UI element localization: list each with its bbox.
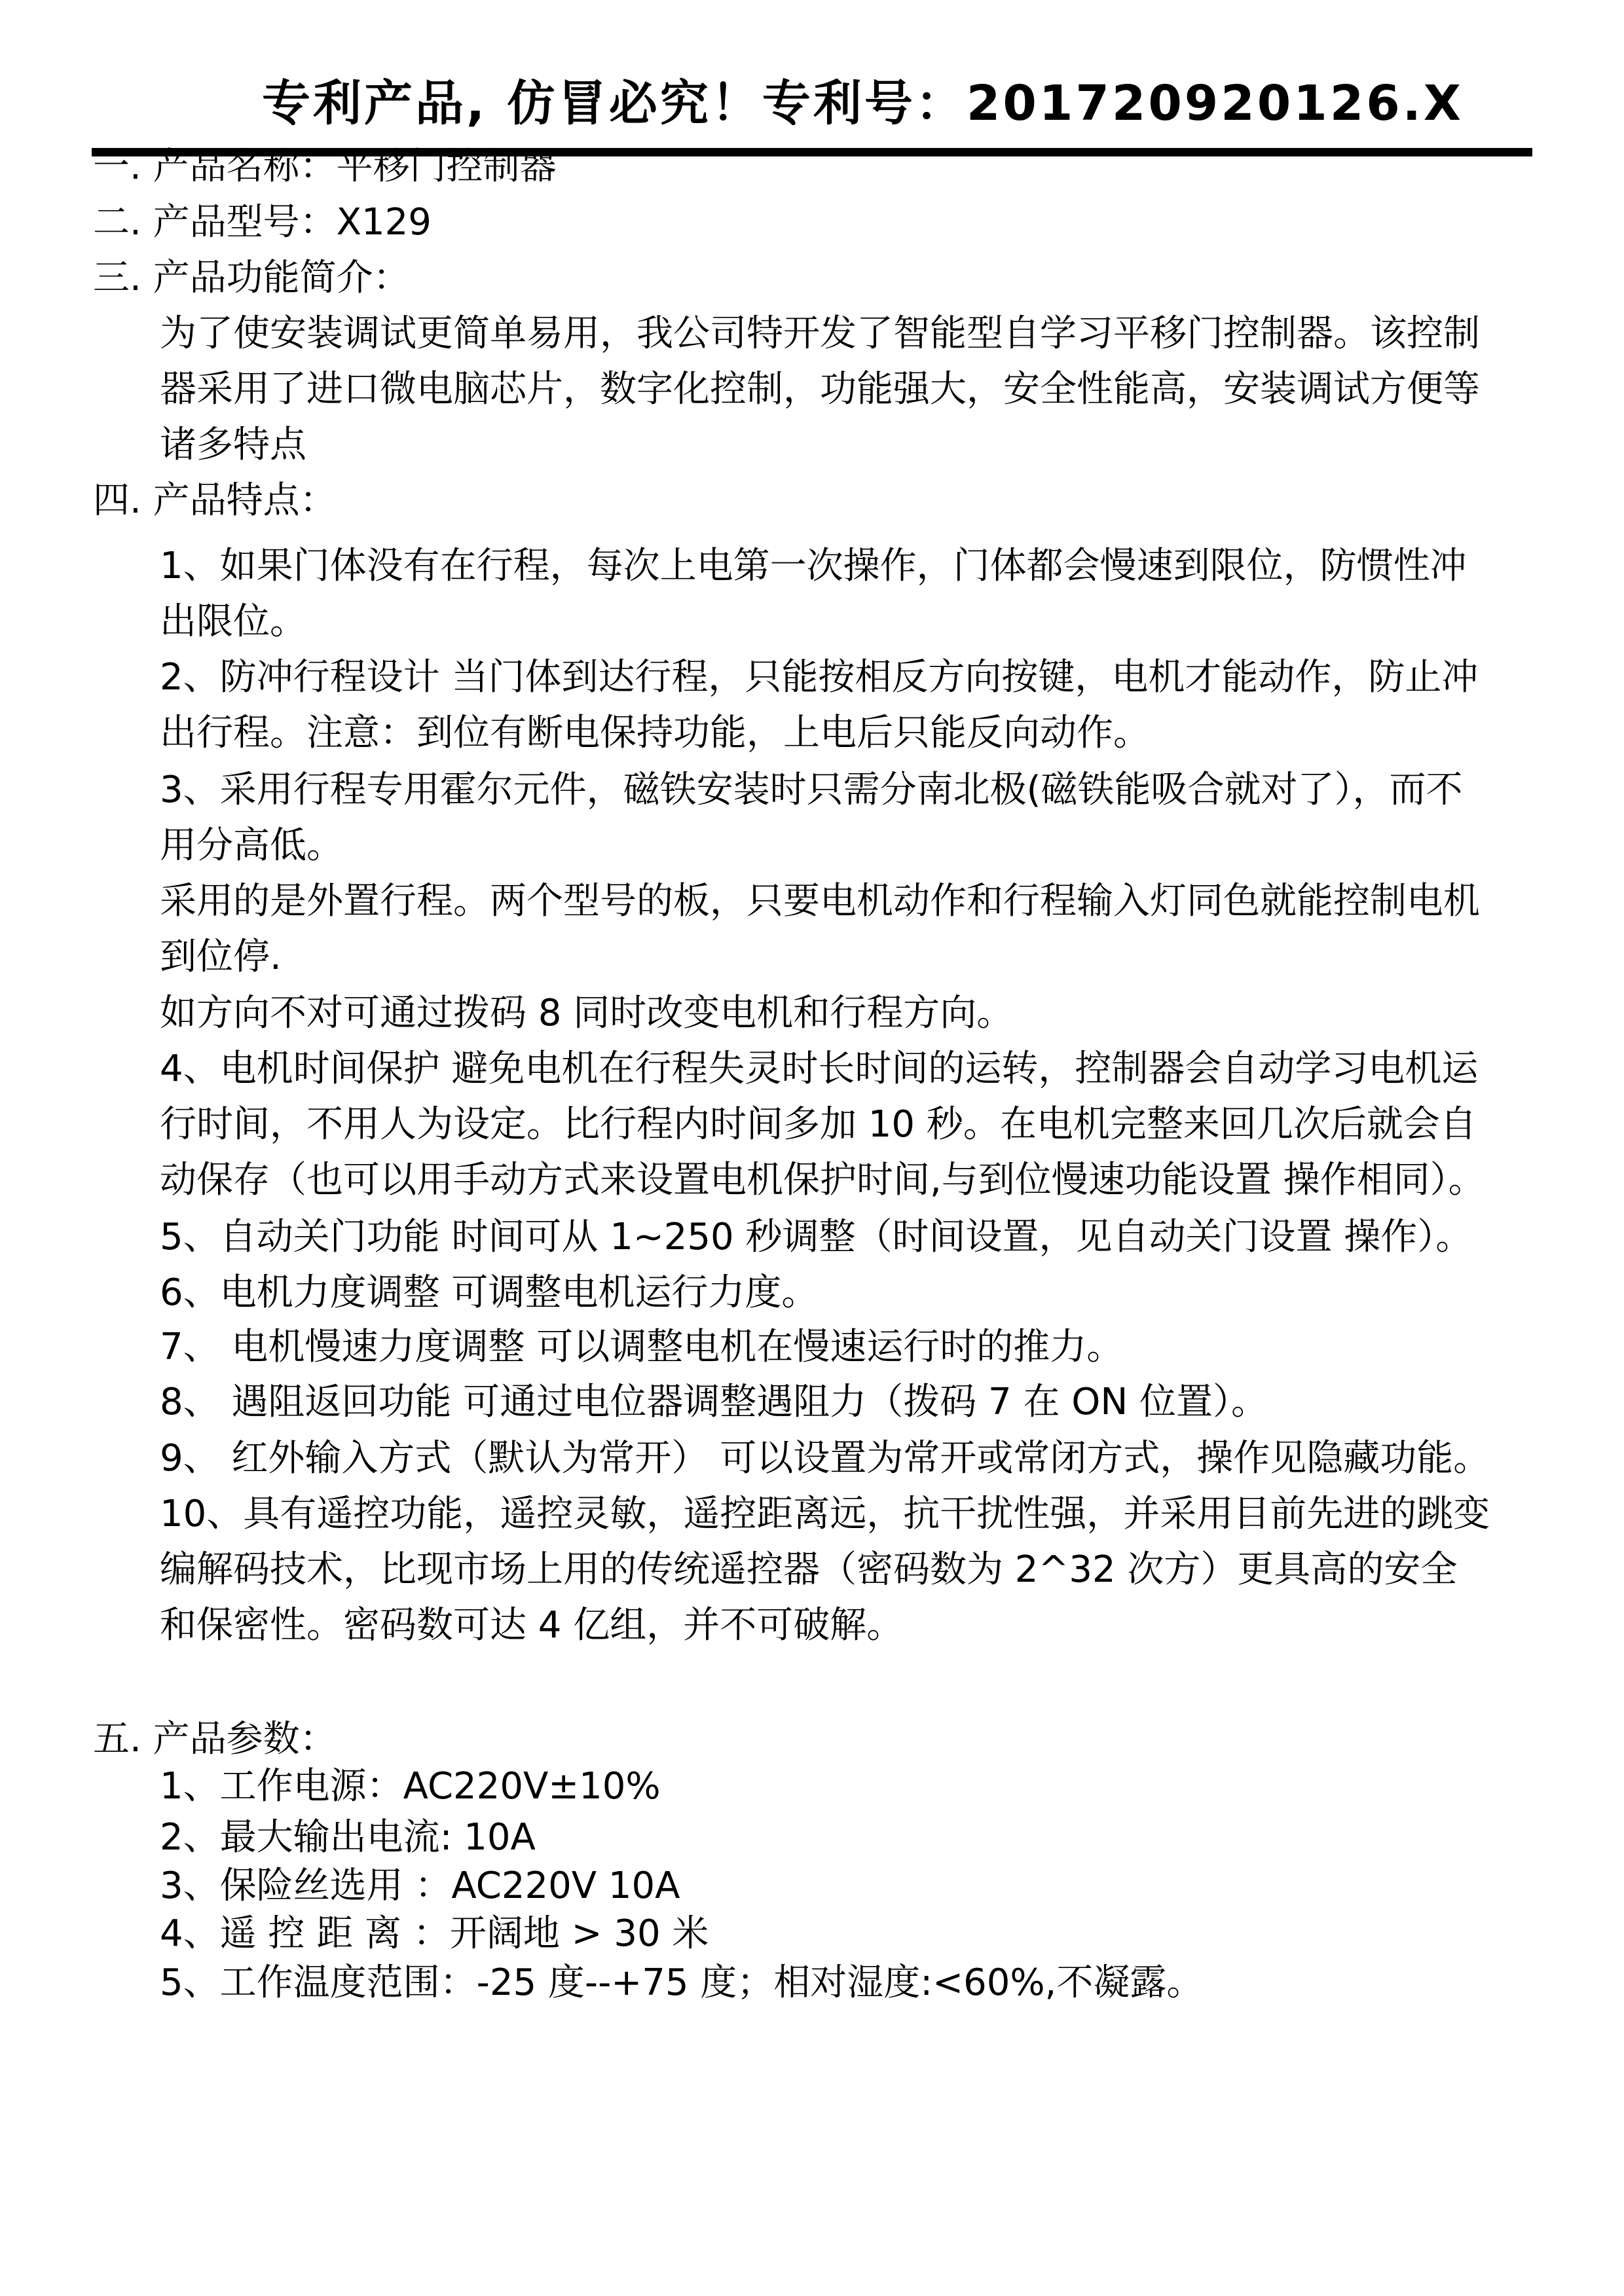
feature-4-line-3: 动保存（也可以用手动方式来设置电机保护时间,与到位慢速功能设置 操作相同）。: [160, 1153, 1485, 1208]
feature-3-line-5: 如方向不对可通过拨码 8 同时改变电机和行程方向。: [160, 986, 1013, 1041]
feature-9: 9、 红外输入方式（默认为常开） 可以设置为常开或常闭方式，操作见隐藏功能。: [160, 1431, 1490, 1486]
feature-4-line-2: 行时间，不用人为设定。比行程内时间多加 10 秒。在电机完整来回几次后就会自: [160, 1097, 1477, 1152]
feature-2-line-1: 2、防冲行程设计 当门体到达行程，只能按相反方向按键，电机才能动作，防止冲: [160, 650, 1478, 705]
intro-paragraph-line-2: 器采用了进口微电脑芯片，数字化控制，功能强大，安全性能高，安装调试方便等: [160, 362, 1480, 417]
section-4-features-heading: 四. 产品特点：: [93, 473, 337, 528]
feature-2-line-2: 出行程。注意：到位有断电保持功能，上电后只能反向动作。: [160, 706, 1150, 761]
param-1-power-supply: 1、工作电源：AC220V±10%: [160, 1761, 661, 1812]
feature-4-line-1: 4、电机时间保护 避免电机在行程失灵时长时间的运转，控制器会自动学习电机运: [160, 1042, 1478, 1097]
section-5-params-heading: 五. 产品参数：: [93, 1712, 337, 1767]
param-5-working-temperature: 5、工作温度范围：-25 度--+75 度；相对湿度:<60%,不凝露。: [160, 1958, 1203, 2009]
feature-3-line-1: 3、采用行程专用霍尔元件，磁铁安装时只需分南北极(磁铁能吸合就对了），而不: [160, 763, 1462, 818]
feature-5: 5、自动关门功能 时间可从 1~250 秒调整（时间设置，见自动关门设置 操作）…: [160, 1210, 1472, 1265]
intro-paragraph-line-3: 诸多特点: [160, 418, 306, 473]
param-4-remote-distance: 4、遥 控 距 离 ：开阔地 > 30 米: [160, 1908, 709, 1959]
feature-3-line-4: 到位停.: [160, 930, 282, 985]
page: 专利产品, 仿冒必究！专利号：201720920126.X 一. 产品名称：平移…: [0, 0, 1624, 2296]
feature-10-line-3: 和保密性。密码数可达 4 亿组，并不可破解。: [160, 1598, 903, 1653]
feature-3-line-2: 用分高低。: [160, 818, 343, 873]
feature-1-line-2: 出限位。: [160, 594, 306, 649]
feature-8: 8、 遇阻返回功能 可通过电位器调整遇阻力（拨码 7 在 ON 位置）。: [160, 1375, 1268, 1430]
section-2-product-model: 二. 产品型号：X129: [93, 195, 432, 250]
feature-3-line-3: 采用的是外置行程。两个型号的板，只要电机动作和行程输入灯同色就能控制电机: [160, 874, 1480, 929]
feature-1-line-1: 1、如果门体没有在行程，每次上电第一次操作，门体都会慢速到限位，防惯性冲: [160, 539, 1467, 594]
param-2-max-output-current: 2、最大输出电流: 10A: [160, 1812, 536, 1863]
param-3-fuse-selection: 3、保险丝选用 ：AC220V 10A: [160, 1861, 680, 1912]
patent-notice-title: 专利产品, 仿冒必究！专利号：201720920126.X: [262, 77, 1464, 130]
section-1-product-name: 一. 产品名称：平移门控制器: [93, 139, 557, 194]
section-3-intro-heading: 三. 产品功能简介：: [93, 251, 410, 306]
feature-6: 6、电机力度调整 可调整电机运行力度。: [160, 1266, 818, 1321]
feature-7: 7、 电机慢速力度调整 可以调整电机在慢速运行时的推力。: [160, 1320, 1123, 1375]
feature-10-line-2: 编解码技术，比现市场上用的传统遥控器（密码数为 2^32 次方）更具高的安全: [160, 1542, 1457, 1597]
feature-10-line-1: 10、具有遥控功能，遥控灵敏，遥控距离远，抗干扰性强，并采用目前先进的跳变: [160, 1487, 1490, 1542]
intro-paragraph-line-1: 为了使安装调试更简单易用，我公司特开发了智能型自学习平移门控制器。该控制: [160, 306, 1480, 361]
